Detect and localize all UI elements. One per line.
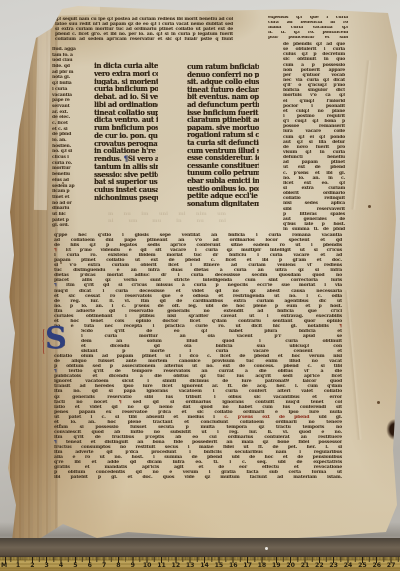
text-line: ad defunctum pertinu <box>187 101 259 109</box>
ruler-number: 16 <box>229 562 238 569</box>
text-line: isse bnficium fuerit de <box>187 109 259 117</box>
ruler-number: 10 <box>143 562 152 569</box>
text-line: in summa ti. de pbnd <box>283 227 345 232</box>
top-margin-gloss-right: expensis q3 que i curiacura ad beneficia… <box>268 16 348 40</box>
text-line: rendus. ¶Si vero ali <box>94 155 158 163</box>
wrinkle <box>343 290 362 440</box>
text-line: petite adque eccl'ie pe <box>187 192 259 200</box>
text-line: uestio onibus io. pon. <box>187 185 259 193</box>
text-line: iugata. si morienti in <box>94 78 158 86</box>
text-line: c. p'sens et ibi gl. <box>283 171 345 176</box>
manuscript-page: q3 sequit nam cu ipe q3 postea ad curiam… <box>0 0 400 571</box>
ruler-number: 22 <box>315 562 324 569</box>
ruler-number: 24 <box>344 562 353 569</box>
ruler-speck <box>265 547 268 550</box>
text-line: ni um mu in nu mi <box>108 218 226 225</box>
text-line: m nu im uni mi nim um <box>108 211 226 218</box>
ruler-number: 1 <box>16 562 20 569</box>
text-line: tantum in aliis sint po <box>94 163 158 171</box>
ruler-number: 15 <box>215 562 224 569</box>
ruler-number: 6 <box>88 562 92 569</box>
ruler-number: 18 <box>258 562 267 569</box>
binding-edge-stain <box>10 0 58 571</box>
text-line: facti no nocet ¶ sed qd si ordinarius ig… <box>54 400 342 405</box>
ink-blotch <box>384 416 400 443</box>
top-margin-gloss-left: q3 sequit nam cu ipe q3 postea ad curiam… <box>55 17 233 42</box>
text-line: tineat collatio supra <box>94 109 158 117</box>
left-margin-gloss: fiud. aggatam fo. auod claufide. qdad pb… <box>52 47 92 229</box>
text-line: cum ventrum illud se <box>187 147 259 155</box>
text-line: itm no. qd si papa ignorans vacatoem i c… <box>54 389 342 394</box>
text-line: mortuis v'o ca q3 <box>283 93 345 98</box>
text-line: gl. ord. <box>52 223 92 229</box>
ruler-number: 9 <box>131 562 135 569</box>
text-line: ut patet i c. si tibi absenti et melius … <box>54 415 342 420</box>
torn-corner-flap <box>58 3 100 15</box>
text-line: rogationi ratum si cer <box>187 131 259 139</box>
text-line: cum a p possessio <box>283 63 345 68</box>
ruler-number: 2 <box>30 562 34 569</box>
main-text-column-2: cum ratum bnficiaturdenuo conferri no po… <box>187 63 259 207</box>
text-line: sic obtinuit in quo <box>283 57 345 62</box>
text-line: in collatione h're prefe <box>94 147 158 155</box>
text-line: libi ad ordinationem p <box>94 101 158 109</box>
ruler-number: 19 <box>272 562 281 569</box>
text-line: bit eventus. nam opsi <box>187 93 259 101</box>
ruler-number: 8 <box>116 562 120 569</box>
text-line: cum ratum bnficiatur <box>187 63 259 71</box>
text-line: nisi sedes aplica <box>283 201 345 206</box>
ruler-number: 20 <box>286 562 295 569</box>
text-line: latio et videt qd no qz nemo dat quod no… <box>54 405 342 410</box>
ruler-number: 21 <box>301 562 310 569</box>
ruler-number: 4 <box>59 562 63 569</box>
text-line: ibi patebit p gl. et doc. quos vide qz m… <box>54 475 342 480</box>
text-line: ssessio: sive petitor doce <box>94 171 158 179</box>
right-margin-gloss: de pbendis q3 ad quese obtulerit i curia… <box>283 42 345 232</box>
text-line: cessante constituerit <box>187 162 259 170</box>
ruler-unit-label: M <box>1 562 7 569</box>
text-line: esse consideretur. io o. <box>187 154 259 162</box>
ruler-number: 3 <box>45 562 49 569</box>
text-line: ta curia sit defunctio q3 <box>187 139 259 147</box>
ruler-number: 5 <box>73 562 77 569</box>
text-line: collatum ad sedem apl'icam reservatur et… <box>55 37 233 42</box>
text-line: debat. ad io. Si vero a <box>94 93 158 101</box>
text-line: bat si superior us abune <box>94 178 158 186</box>
text-line: et sic cessat ro reservatois que e odios… <box>54 294 342 299</box>
ruler-number: 25 <box>358 562 367 569</box>
ruler-number: 17 <box>243 562 252 569</box>
stain-speck <box>377 401 380 404</box>
text-line: in dicta curia alteri <box>94 62 158 70</box>
text-line: curia bnficium possit <box>94 85 158 93</box>
text-line: denuo conferri no pos <box>187 71 259 79</box>
show-through-text: m nu im uni mi nim umni um mu in nu mi <box>108 211 226 224</box>
ruler-number: 14 <box>200 562 209 569</box>
text-line: vero extra mori con <box>94 70 158 78</box>
illuminated-initial: S <box>45 325 67 352</box>
ruler-number: 13 <box>186 562 195 569</box>
text-line: iura vacare colle <box>283 129 345 134</box>
ruler-number: 27 <box>387 562 396 569</box>
text-line: qz generalis reservatio sibi ius tribuit… <box>54 395 342 400</box>
text-line: de cur io. pon. que i au <box>94 132 158 140</box>
text-line: cuius instet causam ! <box>94 186 158 194</box>
ruler-number: 26 <box>372 562 381 569</box>
penwork-flourish <box>41 329 46 355</box>
ruler-number: 11 <box>157 562 166 569</box>
text-line: tunum collo petrum <box>187 169 259 177</box>
text-line: claratum ptinebit ad <box>187 116 259 124</box>
ruler-number: 7 <box>102 562 106 569</box>
text-line: ¶ Itm q'rit qd si cl'icus missus a curia… <box>54 283 342 288</box>
text-line: sibi reservaverit <box>283 207 345 212</box>
text-line: ei q'mq3 l'miorid <box>283 99 345 104</box>
ruler: M 12345678910111213141516171819202122232… <box>0 538 400 571</box>
stain-speck <box>368 205 371 208</box>
text-line: itm aduerte qd reservatio generalis no e… <box>54 309 342 314</box>
ruler-bevel-edge <box>0 538 400 557</box>
text-line: crovatus perognatus. <box>94 140 158 148</box>
text-line: de reg. iur. li. vi. itm qd de cardinali… <box>54 299 342 304</box>
text-line: tineat futuro declara <box>187 86 259 94</box>
text-line: ut ext de pbend <box>283 165 345 170</box>
text-line: rum bnficium possidet <box>94 124 158 132</box>
text-line: no. p io. an. i c. p'sens de off. leg. u… <box>54 304 342 309</box>
text-line: ebar subla emicti in p <box>187 177 259 185</box>
text-line: nichonimus psequitur. <box>94 194 158 202</box>
text-line: cum q3 ei q3 pondo <box>283 135 345 140</box>
ruler-number: 23 <box>329 562 338 569</box>
text-line: dicta ventro. aut ipso <box>94 116 158 124</box>
lower-gloss-block: q'ppe hec q'stio i glosis sepe ventilat … <box>54 233 342 480</box>
text-line: sonatum dignitatem ali <box>187 200 259 208</box>
text-line: nuq'd dicat i curia decessisse et videt … <box>54 289 342 294</box>
text-line: ptur pollicentur et sibi <box>268 36 348 41</box>
text-line: sit. adque collo eius p <box>187 78 259 86</box>
photograph: q3 sequit nam cu ipe q3 postea ad curiam… <box>0 0 400 571</box>
ruler-number: 12 <box>172 562 181 569</box>
wrinkle <box>350 60 372 210</box>
text-line: papam. sive mortuo ad <box>187 124 259 132</box>
main-text-column-1: in dicta curia alterivero extra mori con… <box>94 62 158 202</box>
